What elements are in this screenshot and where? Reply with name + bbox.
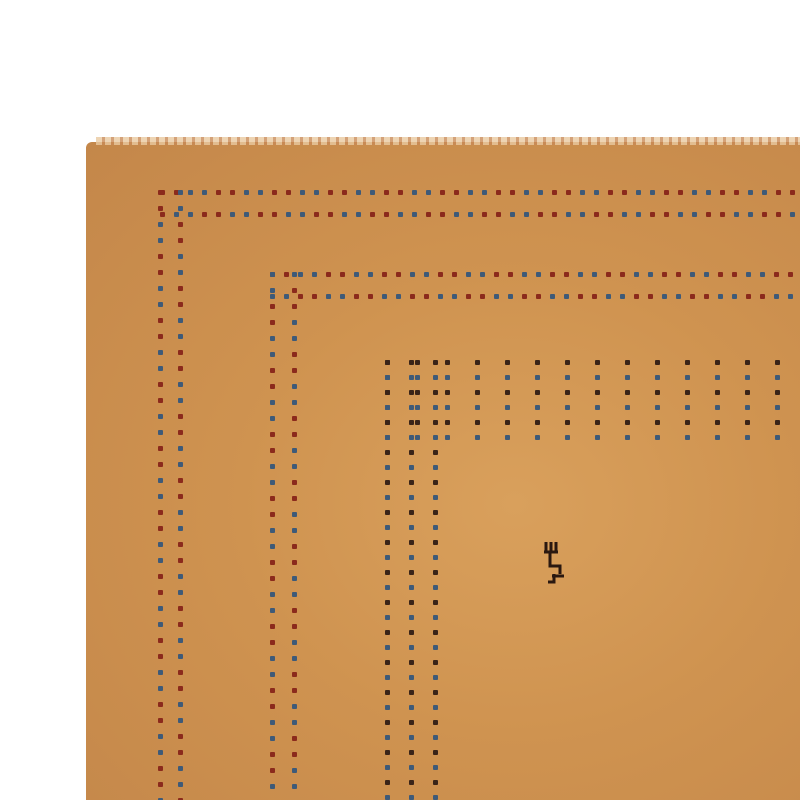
rug-field [86,142,800,800]
animal-motif-icon [540,540,568,585]
rug-edge-binding [96,137,800,145]
